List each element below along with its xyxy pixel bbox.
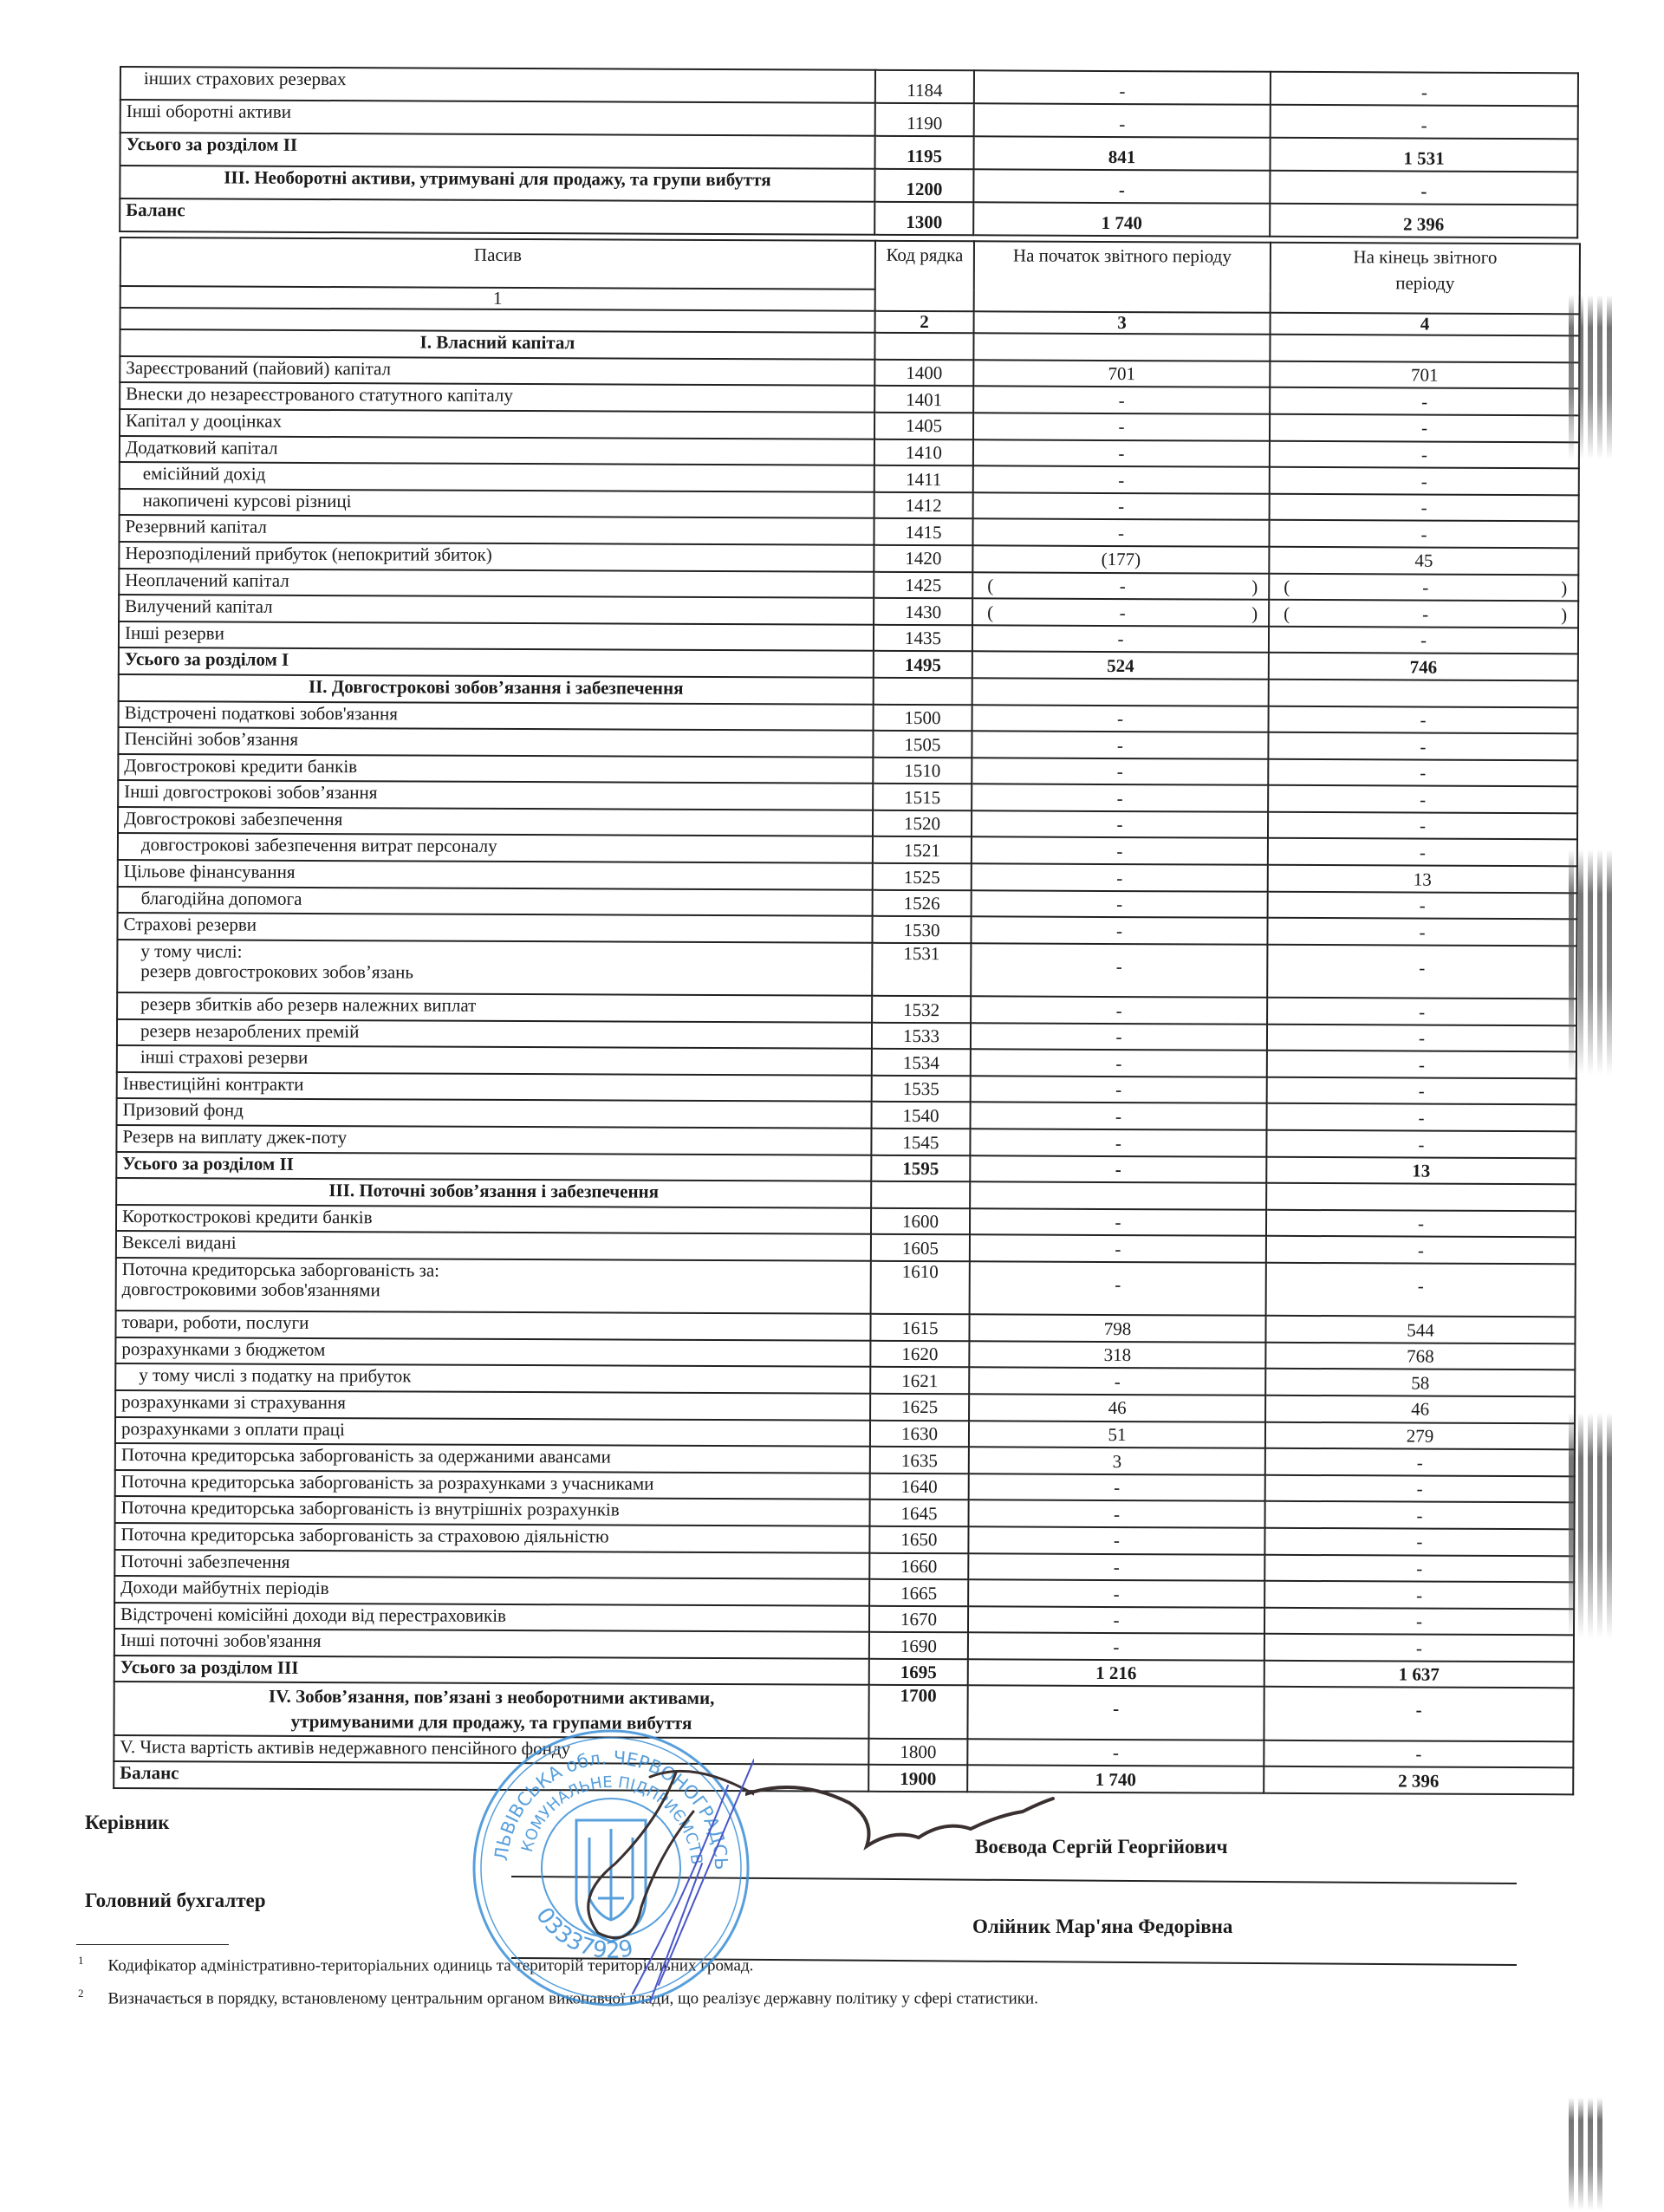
row-label: Додатковий капітал — [120, 436, 874, 465]
row-code: 1500 — [874, 704, 972, 731]
row-label: Короткострокові кредити банків — [116, 1205, 871, 1234]
value-end-period: 1 531 — [1270, 138, 1577, 172]
row-code: 1430 — [874, 598, 972, 625]
value-end-period: - — [1264, 1607, 1574, 1635]
value-end-period: - — [1264, 1554, 1574, 1582]
value-end-period: - — [1265, 1448, 1575, 1476]
value-end-period — [1266, 1183, 1576, 1211]
row-code: 1650 — [869, 1526, 968, 1553]
value-start-period: - — [973, 492, 1270, 520]
row-label: у тому числі з податку на прибуток — [115, 1363, 870, 1393]
value-start-period: - — [973, 465, 1270, 493]
value-start-period: 798 — [969, 1314, 1265, 1342]
value-start-period: - — [972, 837, 1268, 865]
value-end-period: - — [1267, 1103, 1576, 1131]
value-start-period: - — [972, 784, 1268, 812]
table-row: у тому числі: резерв довгострокових зобо… — [117, 940, 1576, 999]
row-code: 1610 — [871, 1261, 970, 1315]
value-start-period: - — [972, 758, 1268, 785]
header-num-spacer — [120, 308, 875, 333]
value-end-period: 1 637 — [1264, 1661, 1574, 1688]
row-code: 1540 — [872, 1102, 971, 1129]
value-end-period: - — [1270, 414, 1579, 442]
scan-artifact — [1569, 2098, 1664, 2210]
value-end-period: - — [1269, 520, 1578, 548]
scan-artifact — [1569, 295, 1664, 459]
row-label: довгострокові забезпечення витрат персон… — [118, 833, 873, 862]
value-end-period: - — [1268, 732, 1577, 760]
row-label: резерв збитків або резерв належних випла… — [117, 992, 872, 1022]
footnote-separator — [76, 1944, 229, 1945]
section-heading: I. Власний капітал — [120, 329, 874, 359]
table-row: Баланс13001 7402 396 — [120, 198, 1577, 237]
value-end-period: 45 — [1269, 547, 1578, 575]
row-label: Вилучений капітал — [119, 595, 874, 624]
value-start-period — [972, 678, 1269, 706]
value-start-period: - — [970, 1208, 1266, 1236]
row-code: 1505 — [873, 731, 972, 758]
value-start-period: - — [972, 731, 1268, 758]
row-label: емісійний дохід — [120, 462, 874, 491]
header-num-1: 1 — [120, 286, 875, 311]
row-code: 1200 — [874, 169, 973, 202]
value-start-period: - — [972, 863, 1268, 891]
value-start-period: - — [969, 1500, 1265, 1528]
svg-text:03337929: 03337929 — [530, 1903, 635, 1963]
value-start-period: 1 216 — [968, 1659, 1264, 1687]
row-code: 1534 — [872, 1049, 971, 1076]
value-start-period: - — [971, 1103, 1267, 1130]
value-end-period: - — [1264, 1687, 1573, 1741]
value-end-period: - — [1270, 494, 1579, 522]
value-start-period: (-) — [972, 572, 1269, 600]
value-end-period: - — [1265, 1501, 1575, 1529]
value-end-period: - — [1265, 1474, 1575, 1502]
value-end-period: - — [1267, 1024, 1576, 1051]
row-code: 1520 — [873, 810, 972, 837]
row-label: Векселі видані — [116, 1231, 871, 1260]
row-label: Довгострокові забезпечення — [118, 807, 873, 836]
section-heading: II. Довгострокові зобов’язання і забезпе… — [119, 674, 874, 704]
value-start-period: - — [970, 1129, 1266, 1156]
value-end-period: 58 — [1265, 1369, 1575, 1396]
row-label: Поточна кредиторська заборгованість за: … — [116, 1258, 871, 1314]
value-start-period: - — [970, 1155, 1266, 1183]
value-start-period: - — [971, 1050, 1267, 1077]
row-code: 1645 — [870, 1500, 969, 1526]
value-start-period: - — [968, 1633, 1264, 1661]
value-end-period: - — [1266, 1263, 1576, 1317]
value-end-period: - — [1270, 440, 1579, 468]
row-label: Страхові резерви — [117, 913, 872, 942]
row-label: Відстрочені податкові зобов'язання — [119, 700, 874, 730]
value-start-period: - — [968, 1526, 1264, 1554]
value-end-period: 46 — [1265, 1396, 1575, 1423]
row-code: 1530 — [872, 916, 971, 943]
value-end-period: 13 — [1268, 865, 1577, 893]
value-end-period: - — [1267, 1051, 1576, 1078]
row-label: інших страхових резервах — [120, 67, 875, 103]
row-label: інші страхові резерви — [117, 1045, 872, 1075]
value-start-period: - — [971, 1023, 1267, 1051]
company-stamp-icon: ЛЬВІВСЬКА обл. ЧЕРВОНОГРАДСЬКИЙ РАЙОН КО… — [468, 1725, 754, 2011]
value-start-period: - — [971, 943, 1267, 998]
value-start-period: 1 740 — [973, 202, 1270, 236]
row-code: 1401 — [874, 386, 973, 413]
row-label: розрахунками зі страхування — [115, 1390, 870, 1420]
value-start-period: - — [974, 70, 1271, 104]
row-label: Усього за розділом II — [116, 1152, 871, 1181]
value-start-period: 318 — [969, 1341, 1265, 1369]
value-start-period: - — [967, 1739, 1264, 1766]
row-code: 1400 — [874, 360, 973, 387]
row-label: Капітал у дооцінках — [120, 409, 874, 439]
row-label: Неоплачений капітал — [119, 569, 874, 598]
row-code: 1545 — [871, 1129, 970, 1155]
value-start-period: - — [971, 917, 1267, 945]
row-code — [874, 333, 973, 360]
row-label: Відстрочені комісійні доходи від перестр… — [114, 1603, 869, 1632]
row-code: 1690 — [869, 1632, 968, 1659]
row-code: 1620 — [870, 1341, 969, 1368]
accountant-title: Головний бухгалтер — [85, 1890, 266, 1912]
row-code: 1665 — [869, 1579, 968, 1606]
liabilities-table: Пасив Код рядка На початок звітного пері… — [113, 237, 1581, 1795]
row-label: у тому числі: резерв довгострокових зобо… — [117, 940, 872, 996]
row-label: Призовий фонд — [117, 1098, 872, 1128]
header-pasiv: Пасив — [120, 237, 875, 290]
row-label: Цільове фінансування — [118, 860, 873, 889]
row-label: Поточні забезпечення — [114, 1549, 869, 1578]
header-num-3: 3 — [974, 311, 1271, 335]
value-start-period: - — [972, 705, 1269, 732]
value-start-period — [970, 1181, 1266, 1209]
row-code: 1495 — [874, 651, 972, 678]
row-code: 1615 — [870, 1314, 969, 1341]
header-num-2: 2 — [875, 311, 974, 334]
value-end-period — [1270, 335, 1579, 362]
value-start-period: - — [970, 1235, 1266, 1263]
value: - — [1120, 603, 1126, 623]
header-num-4: 4 — [1271, 313, 1580, 336]
value-start-period: (177) — [972, 545, 1269, 573]
row-code: 1195 — [874, 136, 973, 169]
value-start-period: (-) — [972, 598, 1269, 626]
value-end-period: 701 — [1270, 361, 1579, 389]
value-start-period: - — [973, 439, 1270, 467]
row-label: Інші довгострокові зобов’язання — [118, 780, 873, 810]
row-label: Баланс — [120, 198, 874, 235]
row-code: 1625 — [870, 1394, 969, 1421]
row-code: 1621 — [870, 1367, 969, 1394]
value-start-period: 46 — [969, 1394, 1265, 1422]
value-start-period: - — [974, 103, 1271, 137]
row-code: 1521 — [873, 836, 972, 863]
value-start-period: 841 — [973, 136, 1270, 170]
scan-artifact — [1569, 1413, 1664, 1638]
value-start-period: - — [970, 1261, 1266, 1316]
value-end-period: - — [1268, 785, 1577, 813]
value-start-period: - — [968, 1553, 1264, 1581]
row-code: 1411 — [874, 465, 973, 492]
row-code: 1605 — [871, 1234, 970, 1261]
value-end-period: - — [1267, 945, 1576, 999]
row-code: 1670 — [869, 1605, 968, 1632]
row-code — [871, 1181, 970, 1208]
row-code — [874, 678, 972, 705]
value-end-period: - — [1268, 838, 1577, 866]
row-code: 1630 — [870, 1420, 969, 1447]
value-start-period: - — [968, 1606, 1264, 1634]
value-start-period: - — [973, 169, 1270, 203]
row-label: розрахунками з бюджетом — [115, 1337, 870, 1367]
row-label: резерв незароблених премій — [117, 1019, 872, 1049]
value-end-period: 2 396 — [1264, 1766, 1573, 1794]
header-code: Код рядка — [875, 241, 974, 312]
row-label: Резерв на виплату джек-поту — [116, 1125, 871, 1155]
value-end-period: - — [1268, 812, 1577, 840]
row-label: Внески до незареєстрованого статутного к… — [120, 382, 874, 412]
row-code: 1700 — [868, 1685, 967, 1739]
row-label: Нерозподілений прибуток (непокритий збит… — [119, 542, 874, 571]
section-heading: III. Необоротні активи, утримувані для п… — [120, 166, 874, 202]
row-code: 1420 — [874, 545, 972, 572]
value-end-period: 768 — [1265, 1343, 1575, 1370]
value: - — [1120, 576, 1126, 596]
row-code: 1525 — [873, 863, 972, 890]
value-end-period: 544 — [1265, 1316, 1575, 1343]
row-code: 1640 — [870, 1474, 969, 1500]
row-label: Поточна кредиторська заборгованість із в… — [115, 1496, 870, 1526]
row-label: Довгострокові кредити банків — [118, 754, 873, 784]
row-code: 1425 — [874, 571, 972, 598]
value-end-period: 2 396 — [1270, 204, 1577, 238]
row-label: накопичені курсові різниці — [120, 489, 874, 518]
row-code: 1405 — [874, 413, 973, 439]
scan-artifact — [1569, 849, 1664, 1075]
value-end-period: - — [1269, 706, 1578, 733]
row-code: 1600 — [871, 1208, 970, 1235]
value-end-period — [1269, 680, 1578, 707]
value: - — [1422, 604, 1428, 624]
header-end-period: На кінець звітного періоду — [1271, 243, 1580, 315]
value-end-period: - — [1266, 1130, 1576, 1158]
row-label: Поточна кредиторська заборгованість за р… — [115, 1470, 870, 1500]
header-start-period: На початок звітного періоду — [974, 241, 1271, 313]
value-start-period: - — [971, 996, 1267, 1024]
value-end-period: 746 — [1269, 653, 1578, 680]
row-code: 1190 — [875, 103, 974, 136]
row-code: 1595 — [871, 1155, 970, 1181]
value-end-period: - — [1266, 1236, 1576, 1264]
row-label: Резервний капітал — [119, 515, 874, 544]
value-end-period: - — [1271, 72, 1578, 107]
value-start-period: - — [969, 1474, 1265, 1501]
value-end-period: - — [1271, 105, 1578, 140]
row-code: 1535 — [872, 1076, 971, 1103]
value-start-period: - — [972, 519, 1269, 547]
value-start-period: - — [972, 890, 1268, 918]
value-start-period: - — [973, 387, 1270, 414]
row-label: Доходи майбутніх періодів — [114, 1576, 869, 1605]
value-start-period: - — [972, 625, 1269, 653]
row-label: Пенсійні зобов’язання — [118, 727, 873, 757]
row-label: Усього за розділом III — [114, 1656, 869, 1685]
value-end-period: - — [1268, 891, 1577, 919]
value-start-period: 51 — [969, 1421, 1265, 1448]
value-start-period: - — [969, 1368, 1265, 1396]
value-end-period: - — [1269, 627, 1578, 654]
row-label: Інші оборотні активи — [120, 100, 875, 136]
row-label: Усього за розділом II — [120, 133, 874, 169]
value-end-period: - — [1270, 171, 1577, 205]
value-end-period: - — [1267, 1077, 1576, 1105]
value-end-period: - — [1266, 1210, 1576, 1238]
value-end-period: 279 — [1265, 1422, 1575, 1449]
row-label: товари, роботи, послуги — [115, 1311, 870, 1340]
director-title: Керівник — [85, 1812, 169, 1834]
row-code: 1531 — [872, 943, 971, 997]
row-code: 1635 — [870, 1447, 969, 1474]
value: - — [1422, 578, 1428, 598]
value-end-period: (-) — [1269, 573, 1578, 601]
row-code: 1410 — [874, 439, 973, 465]
row-label: Інвестиційні контракти — [117, 1072, 872, 1102]
assets-continuation-table: інших страхових резервах1184--Інші оборо… — [119, 66, 1579, 238]
row-label: Поточна кредиторська заборгованість за о… — [115, 1443, 870, 1473]
balance-sheet-page: інших страхових резервах1184--Інші оборо… — [0, 0, 1664, 2212]
row-code: 1510 — [873, 757, 972, 784]
value-end-period: - — [1267, 918, 1576, 946]
row-label: Інші резерви — [119, 621, 874, 651]
value-start-period: - — [967, 1686, 1264, 1740]
value-start-period: - — [973, 413, 1270, 440]
value-end-period: - — [1270, 467, 1579, 495]
row-code: 1533 — [872, 1022, 971, 1049]
value-start-period: 3 — [969, 1447, 1265, 1474]
row-code: 1532 — [872, 996, 971, 1023]
value-start-period — [973, 333, 1270, 361]
value-start-period: - — [968, 1579, 1264, 1607]
row-code: 1412 — [874, 492, 973, 519]
value-start-period: 701 — [973, 360, 1270, 387]
row-code: 1660 — [869, 1552, 968, 1579]
value-end-period: - — [1268, 758, 1577, 786]
accountant-name: Олійник Мар'яна Федорівна — [972, 1916, 1232, 1938]
value-start-period: - — [972, 810, 1268, 838]
value-end-period: - — [1264, 1528, 1574, 1556]
row-code: 1184 — [875, 70, 974, 103]
row-code: 1526 — [873, 889, 972, 916]
row-code: 1415 — [874, 518, 972, 545]
value-end-period: - — [1267, 998, 1576, 1025]
row-code: 1800 — [868, 1738, 967, 1765]
value-end-period: - — [1264, 1581, 1574, 1609]
row-code: 1515 — [873, 784, 972, 810]
value-end-period: - — [1270, 387, 1579, 415]
row-code: 1435 — [874, 625, 972, 652]
row-label: благодійна допомога — [118, 887, 873, 916]
table-row: Поточна кредиторська заборгованість за: … — [116, 1258, 1576, 1317]
row-code: 1300 — [874, 202, 973, 235]
row-label: Зареєстрований (пайовий) капітал — [120, 356, 874, 386]
section-heading: III. Поточні зобов’язання і забезпечення — [116, 1178, 871, 1207]
value-end-period: - — [1264, 1634, 1574, 1662]
row-code: 1695 — [869, 1659, 968, 1686]
value-end-period: 13 — [1266, 1156, 1576, 1184]
row-label: Поточна кредиторська заборгованість за с… — [114, 1523, 869, 1552]
table-row: IV. Зобов’язання, пов’язані з необоротни… — [114, 1682, 1573, 1741]
director-signature-icon — [745, 1768, 1057, 1864]
row-label: Усього за розділом I — [119, 647, 874, 677]
value-start-period: 524 — [972, 652, 1269, 680]
value-end-period: - — [1264, 1740, 1573, 1767]
row-label: розрахунками з оплати праці — [115, 1417, 870, 1447]
row-label: Інші поточні зобов'язання — [114, 1629, 869, 1658]
value-end-period: (-) — [1269, 600, 1578, 628]
value-start-period: - — [971, 1076, 1267, 1103]
